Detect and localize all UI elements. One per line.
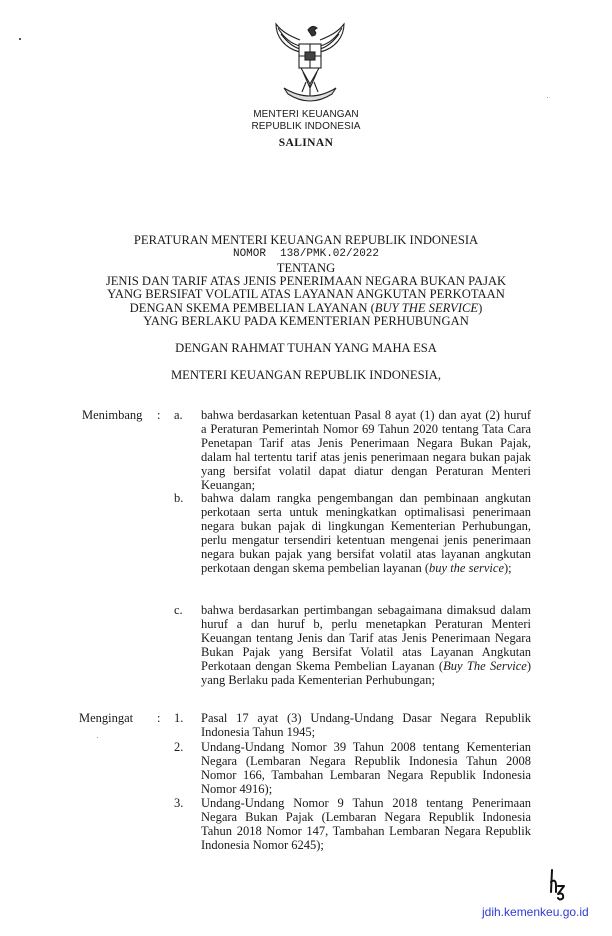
scan-speck <box>547 97 548 98</box>
menimbang-marker-c: c. <box>174 604 183 618</box>
scan-speck <box>97 737 98 738</box>
mengingat-item-2: Undang-Undang Nomor 39 Tahun 2008 tentan… <box>201 741 531 797</box>
menimbang-item-a: bahwa berdasarkan ketentuan Pasal 8 ayat… <box>201 409 531 492</box>
preamble-line-1: DENGAN RAHMAT TUHAN YANG MAHA ESA <box>0 342 612 355</box>
menimbang-item-b: bahwa dalam rangka pengembangan dan pemb… <box>201 492 531 575</box>
nomor-label: NOMOR <box>233 248 266 260</box>
jdih-watermark-link[interactable]: jdih.kemenkeu.go.id <box>482 905 589 919</box>
garuda-emblem-icon <box>270 22 350 108</box>
menimbang-item-c: bahwa berdasarkan pertimbangan sebagaima… <box>201 604 531 687</box>
mengingat-label: Mengingat <box>79 712 133 726</box>
menimbang-colon: : <box>157 409 160 423</box>
regulation-title: PERATURAN MENTERI KEUANGAN REPUBLIK INDO… <box>0 234 612 247</box>
subject-line-4: YANG BERLAKU PADA KEMENTERIAN PERHUBUNGA… <box>0 315 612 328</box>
subject-italic: BUY THE SERVICE <box>375 301 478 315</box>
mengingat-colon: : <box>157 712 160 726</box>
mengingat-marker-3: 3. <box>174 797 183 811</box>
subject-line-2: YANG BERSIFAT VOLATIL ATAS LAYANAN ANGKU… <box>0 288 612 301</box>
mengingat-item-3: Undang-Undang Nomor 9 Tahun 2018 tentang… <box>201 797 531 853</box>
ministry-name: MENTERI KEUANGAN <box>0 109 612 121</box>
ministry-country: REPUBLIK INDONESIA <box>0 121 612 133</box>
menimbang-marker-b: b. <box>174 492 183 506</box>
regulation-number: NOMOR138/PMK.02/2022 <box>0 248 612 260</box>
mengingat-marker-2: 2. <box>174 741 183 755</box>
nomor-value: 138/PMK.02/2022 <box>280 248 379 260</box>
menimbang-label: Menimbang <box>82 409 142 423</box>
mengingat-item-1: Pasal 17 ayat (3) Undang-Undang Dasar Ne… <box>201 712 531 740</box>
copy-label: SALINAN <box>0 137 612 149</box>
mengingat-marker-1: 1. <box>174 712 183 726</box>
scan-speck <box>19 38 21 40</box>
preamble-line-2: MENTERI KEUANGAN REPUBLIK INDONESIA, <box>0 369 612 382</box>
initial-signature-icon <box>546 868 570 902</box>
menimbang-marker-a: a. <box>174 409 183 423</box>
